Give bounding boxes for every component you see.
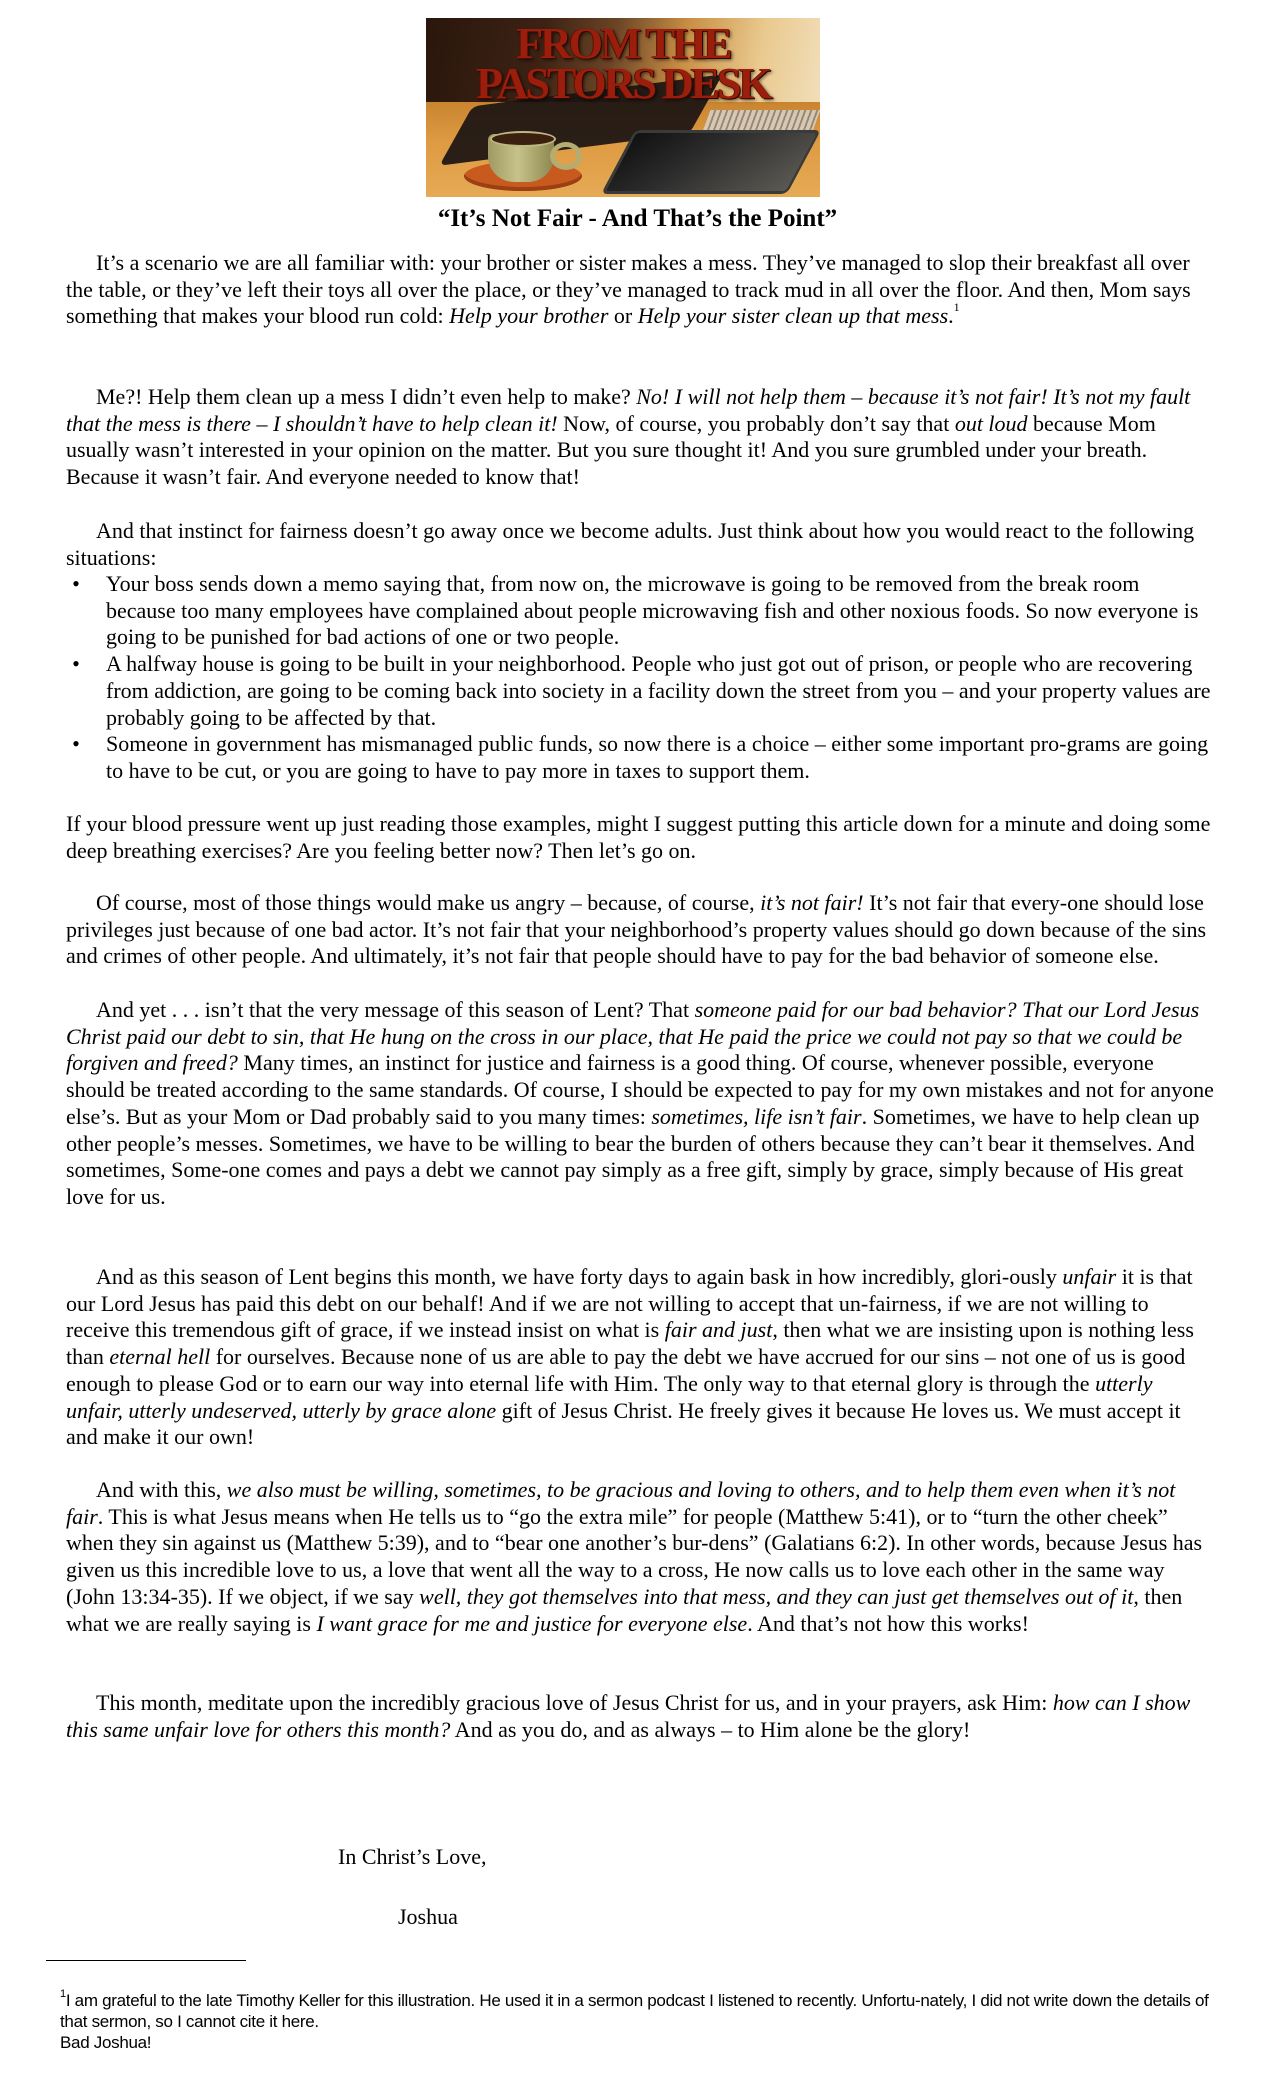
paragraph-1: It’s a scenario we are all familiar with…: [66, 250, 1214, 330]
footnote-separator: [46, 1960, 246, 1961]
footnote: 1I am grateful to the late Timothy Kelle…: [60, 1990, 1210, 2053]
coffee-surface: [490, 131, 556, 147]
banner-line-1: FROM THE: [426, 24, 820, 64]
situations-list: •Your boss sends down a memo saying that…: [66, 571, 1214, 785]
tablet-graphic: [601, 130, 820, 194]
paragraph-9: This month, meditate upon the incredibly…: [66, 1690, 1214, 1743]
banner-line-2: PASTORS DESK: [426, 64, 820, 104]
paragraph-3: And that instinct for fairness doesn’t g…: [66, 518, 1214, 571]
footnote-closing: Bad Joshua!: [60, 2032, 1210, 2053]
paragraph-7: And as this season of Lent begins this m…: [66, 1264, 1214, 1451]
list-item: •Someone in government has mismanaged pu…: [66, 731, 1214, 784]
footnote-text: 1I am grateful to the late Timothy Kelle…: [60, 1990, 1210, 2032]
from-the-pastors-desk-banner: FROM THE PASTORS DESK: [426, 18, 820, 197]
paragraph-8: And with this, we also must be willing, …: [66, 1477, 1214, 1637]
bullet-icon: •: [66, 731, 86, 758]
bullet-icon: •: [66, 651, 86, 678]
article-title: “It’s Not Fair - And That’s the Point”: [0, 204, 1275, 234]
paragraph-4: If your blood pressure went up just read…: [66, 811, 1214, 864]
list-item: •Your boss sends down a memo saying that…: [66, 571, 1214, 651]
closing-salutation: In Christ’s Love,: [338, 1844, 487, 1870]
list-item: •A halfway house is going to be built in…: [66, 651, 1214, 731]
author-signature: Joshua: [398, 1904, 458, 1930]
paragraph-2: Me?! Help them clean up a mess I didn’t …: [66, 384, 1214, 491]
footnote-marker: 1: [60, 1988, 66, 2000]
paragraph-6: And yet . . . isn’t that the very messag…: [66, 997, 1214, 1211]
banner-headline: FROM THE PASTORS DESK: [426, 24, 820, 104]
paragraph-5: Of course, most of those things would ma…: [66, 890, 1214, 970]
footnote-reference[interactable]: 1: [954, 300, 960, 314]
bullet-icon: •: [66, 571, 86, 598]
cup-handle: [550, 142, 582, 170]
